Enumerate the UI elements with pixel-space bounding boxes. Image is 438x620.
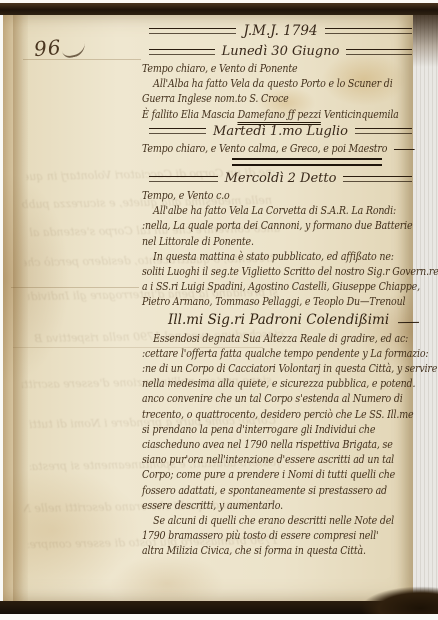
scan-border-top	[0, 3, 438, 15]
heading-text: Mercoldì 2 Detto	[225, 171, 337, 186]
manuscript-line: In questa mattina è stato pubblicato, ed…	[142, 249, 380, 264]
manuscript-line: anco convenire che un tal Corpo s'estend…	[142, 391, 380, 406]
entry-heading: Lunedì 30 Giugno	[142, 42, 419, 61]
manuscript-line: Tempo, e Vento c.o	[142, 188, 380, 203]
manuscript-line: ciascheduno avea nel 1790 nella rispetti…	[142, 437, 380, 452]
manuscript-line: fossero adattati, e spontaneamente si pr…	[142, 483, 380, 498]
manuscript-line: Pietro Armano, Tommaso Pellaggi, e Teopl…	[142, 294, 380, 309]
line-text: È fallito Elia Mascia	[142, 108, 238, 121]
underlined-text: Damefano ƒƒ pezzi	[238, 108, 321, 125]
manuscript-line: :nella, La quale porta dei Cannoni, y fo…	[142, 218, 380, 233]
heading-text: Martedì 1.mo Luglio	[213, 124, 348, 139]
manuscript-line: :cettare l'offerta fatta qualche tempo p…	[142, 346, 380, 361]
manuscript-line: Tempo chiaro, e Vento di Ponente	[142, 61, 380, 76]
manuscript-line: soliti Luoghi il seg.te Viglietto Scritt…	[142, 264, 380, 279]
letter-salutation: Ill.mi Sig.ri Padroni Colendißimi	[142, 310, 419, 331]
manuscript-line: nel Littorale di Ponente.	[142, 234, 380, 249]
manuscript-line: nella medesima alla quiete, e sicurezza …	[142, 376, 380, 391]
manuscript-line: siano pur'ora nell'intenzione d'essere a…	[142, 452, 380, 467]
manuscript-line: trecento, o quattrocento, desidero perci…	[142, 407, 380, 422]
manuscript-line: a i SS.ri Luigi Spadini, Agostino Castel…	[142, 279, 380, 294]
scan-corner-dark	[352, 586, 438, 614]
folio-number: 96	[33, 35, 62, 61]
entry-heading: Martedì 1.mo Luglio	[142, 122, 419, 141]
salutation-text: Ill.mi Sig.ri Padroni Colendißimi	[168, 312, 389, 328]
manuscript-line: Se alcuni di quelli che erano descritti …	[142, 513, 380, 528]
manuscript-column: J.M.J. 1794Lunedì 30 GiugnoTempo chiaro,…	[142, 19, 419, 559]
manuscript-line: :ne di un Corpo di Cacciatori Volontarj …	[142, 361, 380, 376]
manuscript-line: essere descritti, y aumentarlo.	[142, 498, 380, 513]
manuscript-line: 1790 bramassero più tosto di essere comp…	[142, 528, 380, 543]
manuscript-line: Guerra Inglese nom.to S. Croce	[142, 91, 380, 106]
manuscript-line: Essendosi degnata Sua Altezza Reale di g…	[142, 331, 380, 346]
manuscript-line: All'Alba ha fatto Vela da questo Porto e…	[142, 76, 380, 91]
manuscript-line: Tempo chiaro, e Vento calma, e Greco, e …	[142, 141, 380, 156]
manuscript-line: si prendano la pena d'interrogare gli In…	[142, 422, 380, 437]
line-text: Venticinquemila	[321, 108, 399, 121]
manuscript-line: Corpo; come pure a prendere i Nomi di tu…	[142, 467, 380, 482]
manuscript-line: È fallito Elia Mascia Damefano ƒƒ pezzi …	[142, 107, 380, 122]
manuscript-line: All'albe ha fatto Vela La Corvetta di S.…	[142, 203, 380, 218]
year-heading: J.M.J. 1794	[142, 19, 419, 42]
entry-heading: Mercoldì 2 Detto	[142, 169, 419, 188]
heading-text: J.M.J. 1794	[243, 23, 317, 39]
heading-text: Lunedì 30 Giugno	[222, 44, 340, 59]
double-rule	[232, 158, 382, 166]
manuscript-line: altra Milizia Civica, che si forma in qu…	[142, 543, 380, 558]
